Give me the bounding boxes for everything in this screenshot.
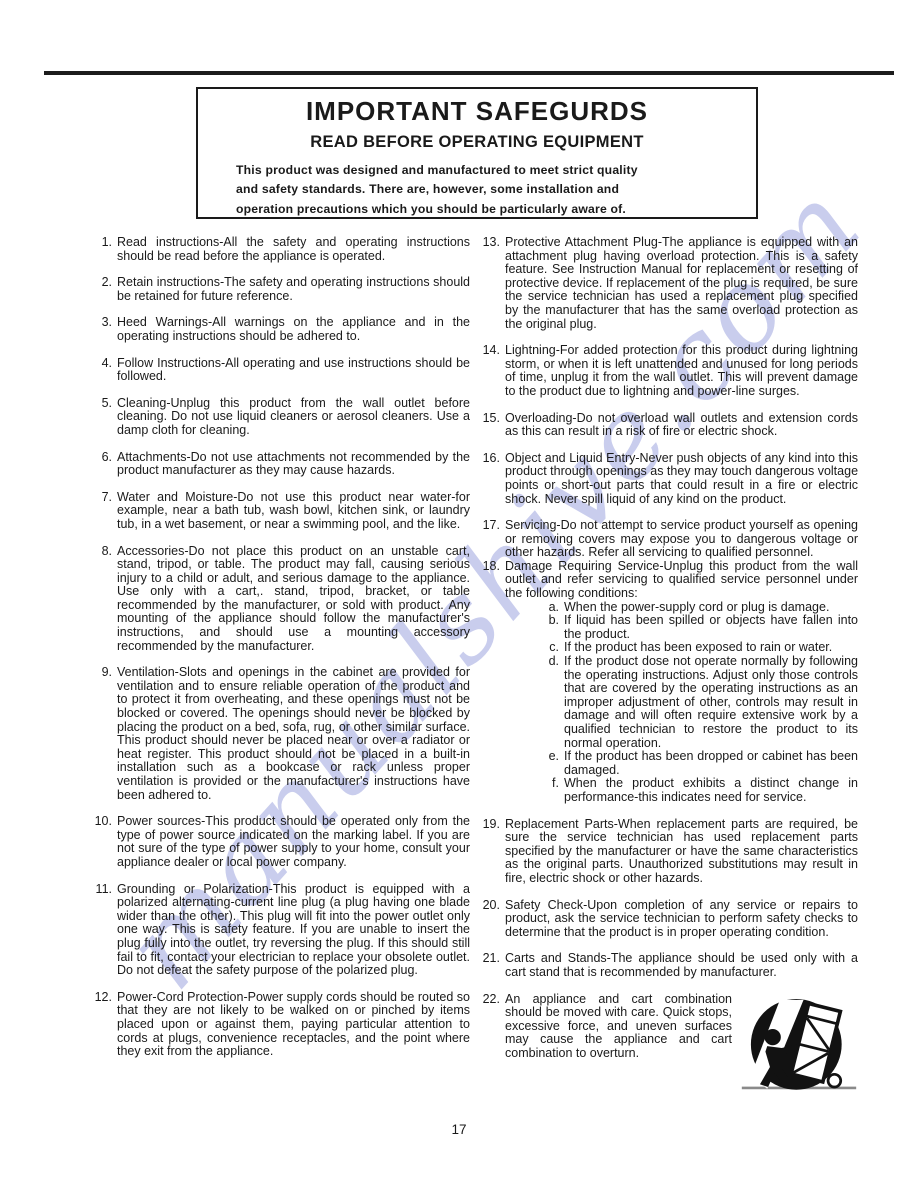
item-18-lead: Damage Requiring Service-Unplug this pro… [505, 559, 858, 600]
right-column: 13.Protective Attachment Plug-The applia… [478, 236, 858, 1116]
item-number: 16. [478, 452, 505, 506]
safeguard-item-16: 16.Object and Liquid Entry-Never push ob… [478, 452, 858, 506]
safeguard-item-21: 21.Carts and Stands-The appliance should… [478, 952, 858, 979]
safeguard-item-6: 6.Attachments-Do not use attachments not… [90, 451, 470, 478]
item-number: 1. [90, 236, 117, 263]
item-number: 9. [90, 666, 117, 802]
item-text: Damage Requiring Service-Unplug this pro… [505, 560, 858, 805]
page-title: IMPORTANT SAFEGURDS [198, 96, 756, 127]
item-number: 21. [478, 952, 505, 979]
safeguard-item-7: 7.Water and Moisture-Do not use this pro… [90, 491, 470, 532]
safeguard-item-3: 3.Heed Warnings-All warnings on the appl… [90, 316, 470, 343]
page-subtitle: READ BEFORE OPERATING EQUIPMENT [198, 133, 756, 152]
item-text: Follow Instructions-All operating and us… [117, 357, 470, 384]
item-22-text: An appliance and cart combination should… [505, 992, 732, 1060]
item-text: Carts and Stands-The appliance should be… [505, 952, 858, 979]
header-intro-line: operation precautions which you should b… [236, 200, 738, 219]
safeguard-item-13: 13.Protective Attachment Plug-The applia… [478, 236, 858, 331]
item-number: 4. [90, 357, 117, 384]
item-text: Replacement Parts-When replacement parts… [505, 818, 858, 886]
subitem-f: f.When the product exhibits a distinct c… [545, 777, 858, 804]
header-intro-line: and safety standards. There are, however… [236, 180, 738, 199]
item-number: 22. [478, 993, 505, 1103]
left-column: 1.Read instructions-All the safety and o… [90, 236, 470, 1072]
subitem-d: d.If the product dose not operate normal… [545, 655, 858, 750]
item-text: An appliance and cart combination should… [505, 993, 858, 1103]
safeguard-item-4: 4.Follow Instructions-All operating and … [90, 357, 470, 384]
item-number: 17. [478, 519, 505, 560]
item-number: 3. [90, 316, 117, 343]
item-text: Object and Liquid Entry-Never push objec… [505, 452, 858, 506]
item-number: 7. [90, 491, 117, 532]
header-intro: This product was designed and manufactur… [236, 161, 738, 219]
subitem-text: If liquid has been spilled or objects ha… [564, 614, 858, 641]
item-number: 2. [90, 276, 117, 303]
safeguard-item-5: 5.Cleaning-Unplug this product from the … [90, 397, 470, 438]
subitem-c: c.If the product has been exposed to rai… [545, 641, 858, 655]
subitem-text: When the power-supply cord or plug is da… [564, 601, 858, 615]
item-text: Servicing-Do not attempt to service prod… [505, 519, 858, 560]
subitem-text: If the product has been exposed to rain … [564, 641, 858, 655]
subitem-b: b.If liquid has been spilled or objects … [545, 614, 858, 641]
item-text: Lightning-For added protection for this … [505, 344, 858, 398]
item-text: Attachments-Do not use attachments not r… [117, 451, 470, 478]
item-number: 10. [90, 815, 117, 869]
item-number: 19. [478, 818, 505, 886]
safeguard-item-14: 14.Lightning-For added protection for th… [478, 344, 858, 398]
safeguard-item-18: 18. Damage Requiring Service-Unplug this… [478, 560, 858, 805]
subitem-letter: a. [545, 601, 564, 615]
item-18-sublist: a.When the power-supply cord or plug is … [545, 601, 858, 805]
safeguard-item-10: 10.Power sources-This product should be … [90, 815, 470, 869]
subitem-a: a.When the power-supply cord or plug is … [545, 601, 858, 615]
item-number: 12. [90, 991, 117, 1059]
item-number: 11. [90, 883, 117, 978]
item-text: Grounding or Polarization-This product i… [117, 883, 470, 978]
item-text: Ventilation-Slots and openings in the ca… [117, 666, 470, 802]
subitem-text: When the product exhibits a distinct cha… [564, 777, 858, 804]
manual-page: manualshive.com IMPORTANT SAFEGURDS READ… [0, 0, 918, 1188]
item-text: Heed Warnings-All warnings on the applia… [117, 316, 470, 343]
page-number: 17 [0, 1122, 918, 1137]
subitem-letter: c. [545, 641, 564, 655]
item-text: Protective Attachment Plug-The appliance… [505, 236, 858, 331]
item-text: Overloading-Do not overload wall outlets… [505, 412, 858, 439]
safeguard-item-8: 8.Accessories-Do not place this product … [90, 545, 470, 654]
item-text: Water and Moisture-Do not use this produ… [117, 491, 470, 532]
item-text: Retain instructions-The safety and opera… [117, 276, 470, 303]
safeguard-item-2: 2.Retain instructions-The safety and ope… [90, 276, 470, 303]
safeguard-item-12: 12.Power-Cord Protection-Power supply co… [90, 991, 470, 1059]
item-number: 6. [90, 451, 117, 478]
subitem-letter: d. [545, 655, 564, 750]
safeguard-item-9: 9.Ventilation-Slots and openings in the … [90, 666, 470, 802]
top-rule [44, 71, 894, 75]
header-intro-line: This product was designed and manufactur… [236, 161, 738, 180]
item-number: 20. [478, 899, 505, 940]
subitem-e: e.If the product has been dropped or cab… [545, 750, 858, 777]
item-number: 15. [478, 412, 505, 439]
safeguard-item-11: 11.Grounding or Polarization-This produc… [90, 883, 470, 978]
item-text: Accessories-Do not place this product on… [117, 545, 470, 654]
item-number: 5. [90, 397, 117, 438]
subitem-letter: f. [545, 777, 564, 804]
safeguard-item-20: 20.Safety Check-Upon completion of any s… [478, 899, 858, 940]
item-text: Safety Check-Upon completion of any serv… [505, 899, 858, 940]
item-text: Power sources-This product should be ope… [117, 815, 470, 869]
safeguard-item-1: 1.Read instructions-All the safety and o… [90, 236, 470, 263]
item-text: Power-Cord Protection-Power supply cords… [117, 991, 470, 1059]
item-number: 13. [478, 236, 505, 331]
item-text: Cleaning-Unplug this product from the wa… [117, 397, 470, 438]
item-number: 8. [90, 545, 117, 654]
subitem-letter: b. [545, 614, 564, 641]
item-number: 14. [478, 344, 505, 398]
subitem-text: If the product has been dropped or cabin… [564, 750, 858, 777]
safeguard-item-15: 15.Overloading-Do not overload wall outl… [478, 412, 858, 439]
appliance-cart-warning-icon [740, 995, 858, 1101]
subitem-text: If the product dose not operate normally… [564, 655, 858, 750]
item-number: 18. [478, 560, 505, 805]
item-text: Read instructions-All the safety and ope… [117, 236, 470, 263]
safeguard-item-22: 22. [478, 993, 858, 1103]
safeguards-header-box: IMPORTANT SAFEGURDS READ BEFORE OPERATIN… [196, 87, 758, 219]
subitem-letter: e. [545, 750, 564, 777]
safeguard-item-17: 17.Servicing-Do not attempt to service p… [478, 519, 858, 560]
safeguard-item-19: 19.Replacement Parts-When replacement pa… [478, 818, 858, 886]
